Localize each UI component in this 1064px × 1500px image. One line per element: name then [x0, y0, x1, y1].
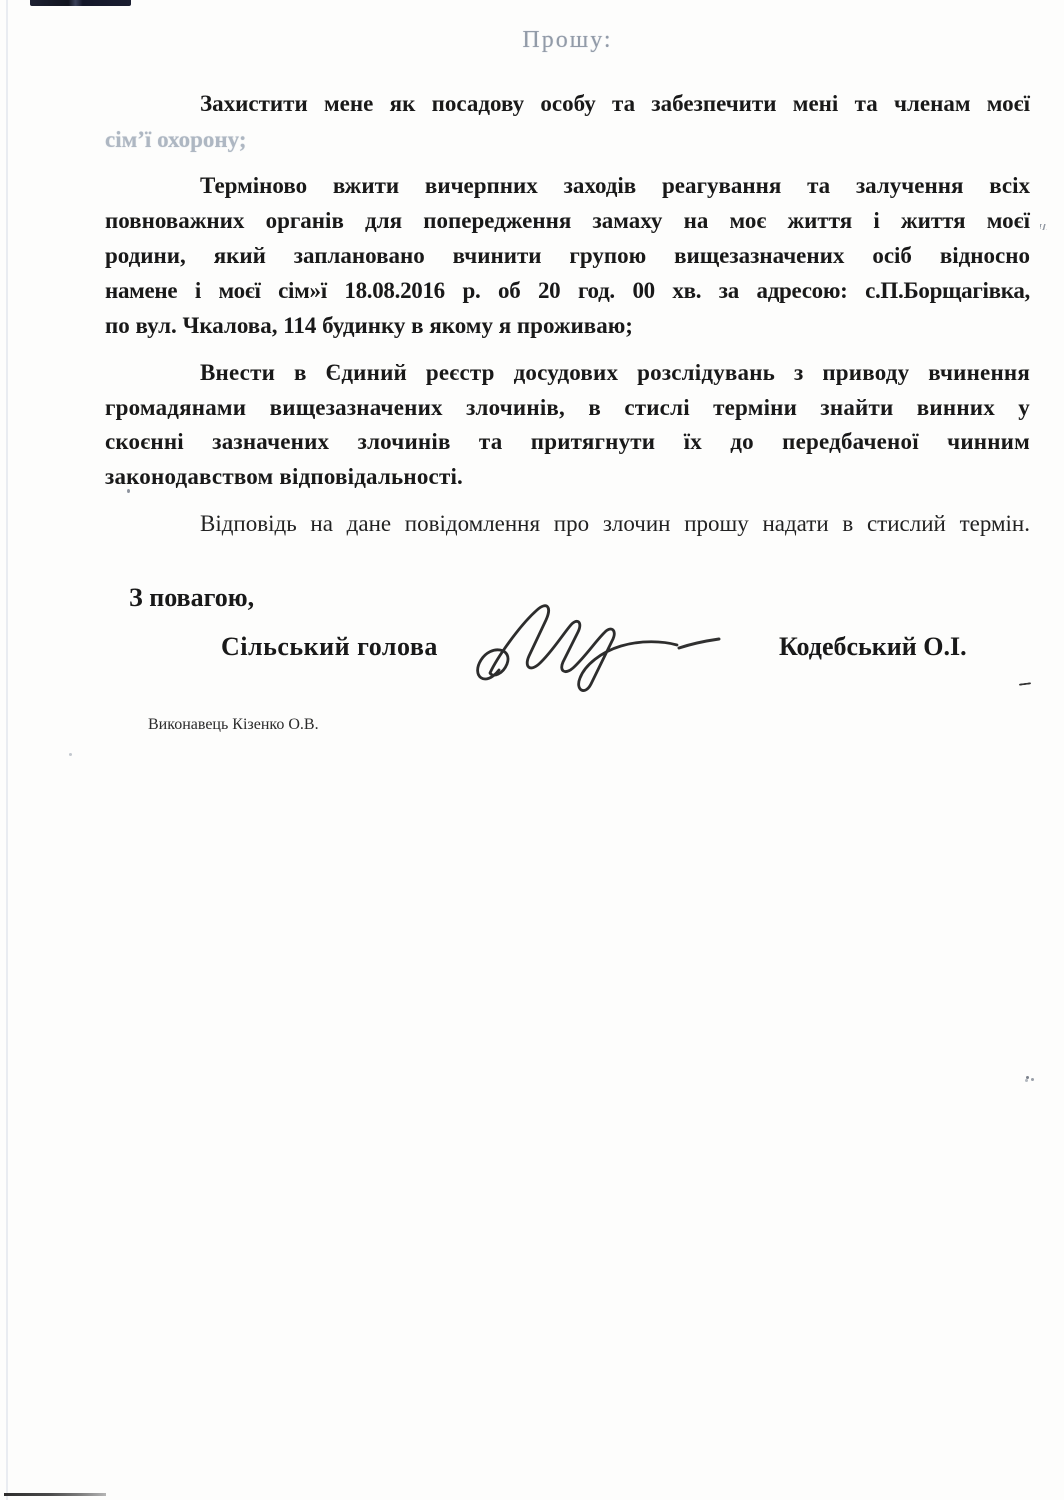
scan-speck	[1026, 1076, 1029, 1079]
text-line: родини, який заплановано вчинити групою …	[105, 238, 1030, 273]
text-line-faded: сім’ї охорону;	[105, 122, 1030, 158]
scan-artifact-bottom-line	[4, 1493, 106, 1496]
paragraph-response-request: Відповідь на дане повідомлення про злочи…	[105, 506, 1030, 541]
scan-edge-artifact	[6, 0, 8, 1500]
executor-note: Виконавець Кізенко О.В.	[148, 716, 319, 734]
closing-salutation: З повагою,	[129, 583, 254, 613]
paragraph-register-request: Внести в Єдиний реєстр досудових розслід…	[105, 356, 1030, 494]
scan-speck	[69, 753, 72, 756]
text-line: по вул. Чкалова, 114 будинку в якому я п…	[105, 308, 1030, 343]
text-line: Захистити мене як посадову особу та забе…	[105, 86, 1030, 122]
paragraph-protection-request: Захистити мене як посадову особу та забе…	[105, 86, 1030, 158]
signature-handwriting	[473, 594, 723, 704]
scan-speck	[127, 489, 130, 493]
paragraph-urgent-measures: Терміново вжити вичерпних заходів реагув…	[105, 168, 1030, 343]
scan-speck	[1040, 224, 1047, 230]
text-line: повноважних органів для попередження зам…	[105, 203, 1030, 238]
text-line: громадянами вищезазначених злочинів, в с…	[105, 391, 1030, 426]
text-line: намене і моєї сім»ї 18.08.2016 р. об 20 …	[105, 273, 1030, 308]
signer-title: Сільський голова	[221, 632, 438, 662]
signer-name: Кодебський О.І.	[779, 632, 967, 662]
text-line: Терміново вжити вичерпних заходів реагув…	[105, 168, 1030, 203]
text-line: скоєнні зазначених злочинів та притягнут…	[105, 425, 1030, 460]
text-line: Внести в Єдиний реєстр досудових розслід…	[105, 356, 1030, 391]
letter-heading: Прошу:	[105, 27, 1030, 54]
text-line: Відповідь на дане повідомлення про злочи…	[105, 506, 1030, 541]
scanned-letter-page: Прошу: Захистити мене як посадову особу …	[0, 0, 1064, 1500]
text-line: законодавством відповідальності.	[105, 460, 1030, 495]
letter-body: Прошу: Захистити мене як посадову особу …	[105, 0, 1030, 1500]
